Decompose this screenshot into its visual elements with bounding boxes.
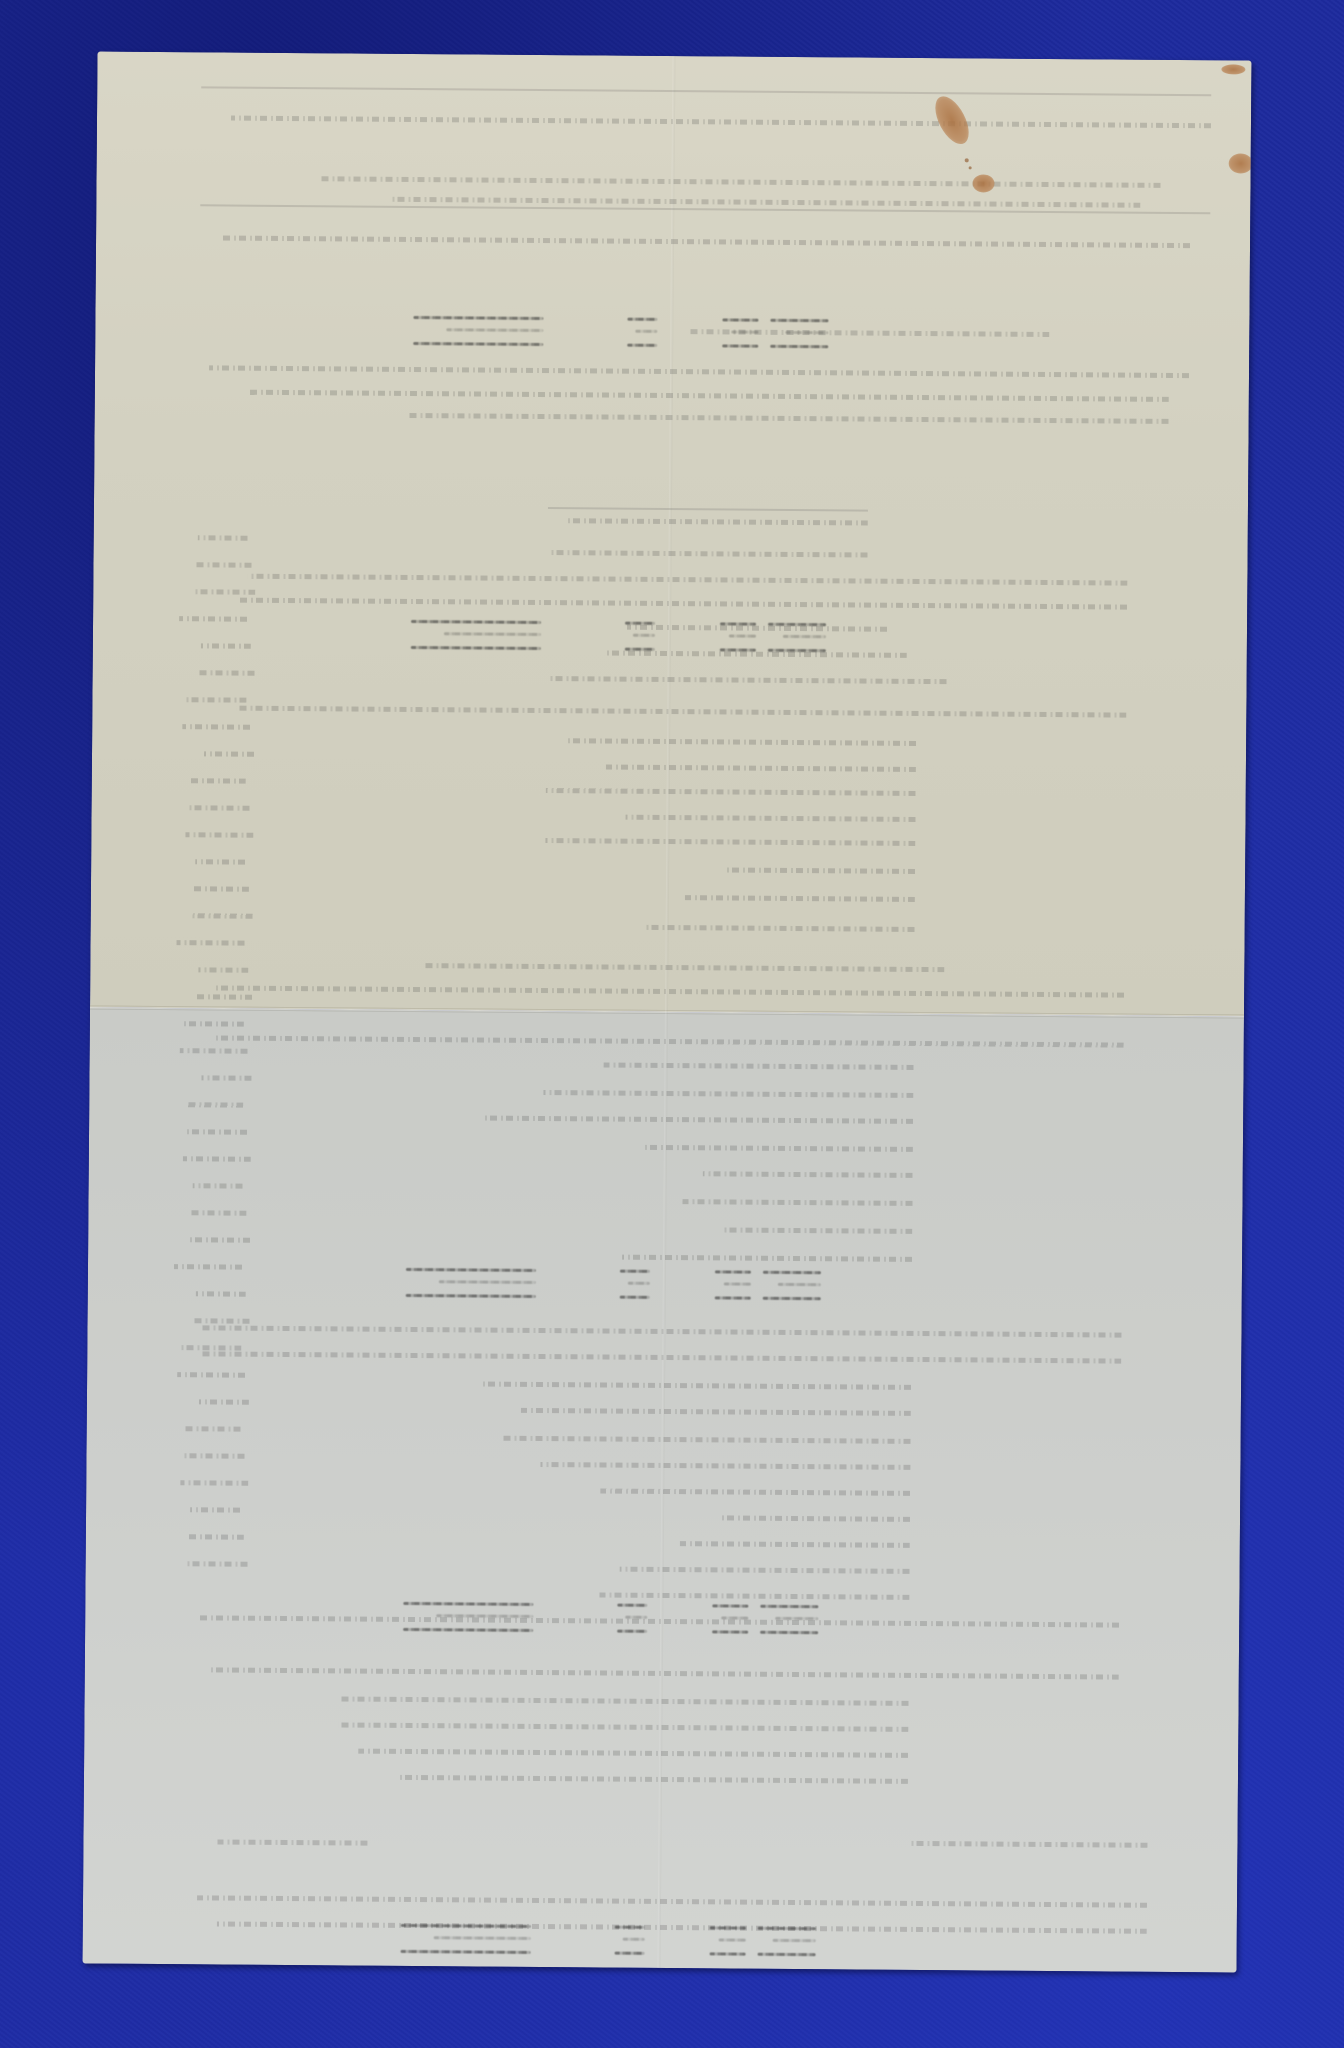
ghost-price-entry	[174, 1261, 242, 1273]
ghost-text-line	[722, 1224, 912, 1236]
smudge-band	[768, 623, 826, 659]
ghost-text-line	[424, 960, 944, 975]
ghost-text-line	[543, 1087, 913, 1101]
ghost-text-line	[606, 762, 916, 775]
ghost-text-line	[547, 673, 947, 687]
ghost-text-line	[546, 785, 916, 799]
ghost-text-line	[680, 1538, 910, 1551]
ghost-text-line	[338, 1719, 908, 1734]
ghost-price-entry	[185, 1423, 241, 1434]
ghost-price-entry	[193, 883, 249, 894]
stain-edge-top	[1221, 64, 1245, 74]
ghost-price-entry	[201, 640, 251, 651]
stain-speck	[969, 166, 972, 169]
ghost-price-entry	[201, 1072, 251, 1083]
ghost-text-line	[600, 1485, 910, 1498]
ghost-rule	[548, 507, 868, 512]
ghost-text-line	[249, 387, 1169, 405]
ghost-text-line	[236, 703, 1126, 721]
ghost-price-entry	[188, 1531, 244, 1542]
ghost-price-entry	[199, 1396, 249, 1407]
ghost-text-line	[548, 547, 868, 561]
ghost-text-line	[358, 1746, 908, 1761]
smudge-band	[710, 1926, 746, 1962]
smudge-band	[627, 318, 657, 354]
ghost-price-entry	[198, 964, 248, 975]
ghost-text-line	[566, 735, 916, 749]
ghost-price-entry	[196, 991, 252, 1002]
ghost-price-entry	[199, 667, 255, 678]
ghost-text-line	[703, 1168, 913, 1181]
ghost-text-line	[540, 1459, 910, 1473]
ghost-text-line	[197, 1892, 1147, 1910]
ghost-text-line	[599, 1589, 909, 1602]
ghost-price-entry	[185, 1126, 247, 1137]
smudge-band	[712, 1604, 748, 1640]
ghost-price-entry	[191, 910, 253, 921]
smudge-band	[760, 1605, 818, 1641]
ghost-price-entry	[185, 829, 253, 841]
ghost-text-line	[217, 1918, 1147, 1936]
ghost-text-line	[214, 982, 1124, 1000]
ghost-text-line	[398, 1772, 908, 1787]
ghost-text-line	[625, 812, 915, 825]
ghost-price-entry	[195, 856, 245, 867]
ghost-price-entry	[190, 1207, 246, 1218]
mirrored-show-through-text	[83, 51, 1252, 1972]
ghost-text-line	[217, 1836, 367, 1848]
ghost-price-entry	[194, 1315, 250, 1326]
ghost-price-entry	[190, 775, 246, 786]
ghost-price-entry	[193, 1180, 243, 1191]
ghost-text-line	[568, 515, 868, 528]
stain-speck	[965, 158, 969, 162]
ghost-text-line	[620, 1564, 910, 1577]
ghost-text-line	[201, 1348, 1121, 1366]
ghost-text-line	[685, 892, 915, 905]
smudge-band	[625, 622, 655, 658]
ghost-price-entry	[193, 586, 255, 597]
smudge-band	[617, 1604, 647, 1640]
smudge-band	[411, 620, 541, 657]
stain-edge-right	[1229, 153, 1252, 173]
ghost-text-line	[682, 1196, 912, 1209]
smudge-band	[401, 1924, 531, 1961]
ghost-text-line	[622, 1252, 912, 1265]
ghost-text-line	[320, 173, 1160, 191]
smudge-band	[403, 1602, 533, 1639]
ghost-price-entry	[183, 1153, 251, 1165]
smudge-band	[620, 1270, 650, 1306]
ghost-rule	[201, 86, 1211, 96]
ghost-text-line	[501, 1433, 911, 1447]
ghost-price-entry	[186, 1558, 248, 1569]
smudge-band	[770, 319, 828, 355]
ghost-text-line	[907, 1838, 1147, 1851]
ghost-text-line	[237, 595, 1127, 613]
ghost-price-entry	[198, 532, 248, 543]
ghost-text-line	[209, 1664, 1119, 1682]
document-sheet	[83, 51, 1252, 1972]
ghost-price-entry	[188, 1234, 250, 1245]
smudge-band	[722, 318, 758, 354]
ghost-price-entry	[179, 613, 247, 625]
ghost-price-entry	[204, 748, 254, 759]
smudge-band	[720, 622, 756, 658]
smudge-band	[715, 1270, 751, 1306]
ghost-price-entry	[184, 694, 246, 705]
ghost-price-entry	[182, 721, 250, 733]
ghost-text-line	[483, 1113, 913, 1127]
smudge-band	[406, 1268, 536, 1305]
ghost-text-line	[214, 1032, 1124, 1050]
ghost-price-entry	[196, 1288, 246, 1299]
ghost-text-line	[201, 1322, 1121, 1340]
ghost-text-line	[199, 1612, 1119, 1630]
smudge-band	[615, 1926, 645, 1962]
ghost-price-entry	[180, 1045, 248, 1057]
ghost-price-entry	[182, 1450, 244, 1461]
ghost-text-line	[339, 1693, 909, 1708]
ghost-price-entry	[182, 1018, 244, 1029]
ghost-price-entry	[190, 1504, 240, 1515]
ghost-price-entry	[188, 802, 250, 813]
smudge-band	[758, 1927, 816, 1963]
ghost-text-line	[481, 1379, 911, 1393]
ghost-text-line	[247, 571, 1127, 589]
ghost-text-line	[209, 362, 1189, 381]
ghost-text-line	[725, 864, 915, 876]
ghost-price-entry	[176, 937, 244, 949]
ghost-text-line	[645, 922, 915, 935]
ghost-text-line	[627, 622, 887, 635]
ghost-text-line	[521, 1405, 911, 1419]
ghost-text-line	[231, 113, 1211, 132]
smudge-band	[413, 316, 543, 353]
ghost-text-line	[604, 1060, 914, 1073]
ghost-text-line	[643, 1142, 913, 1155]
ghost-price-entry	[177, 1369, 245, 1381]
ghost-price-entry	[187, 1099, 243, 1110]
stain-drop	[972, 174, 994, 192]
ghost-price-entry	[180, 1477, 248, 1489]
ghost-text-line	[720, 1512, 910, 1524]
ghost-text-line	[220, 232, 1190, 251]
ghost-price-entry	[179, 1342, 241, 1353]
smudge-band	[763, 1271, 821, 1307]
ghost-text-line	[409, 410, 1169, 427]
ghost-text-line	[545, 835, 915, 849]
ghost-price-entry	[195, 559, 251, 570]
